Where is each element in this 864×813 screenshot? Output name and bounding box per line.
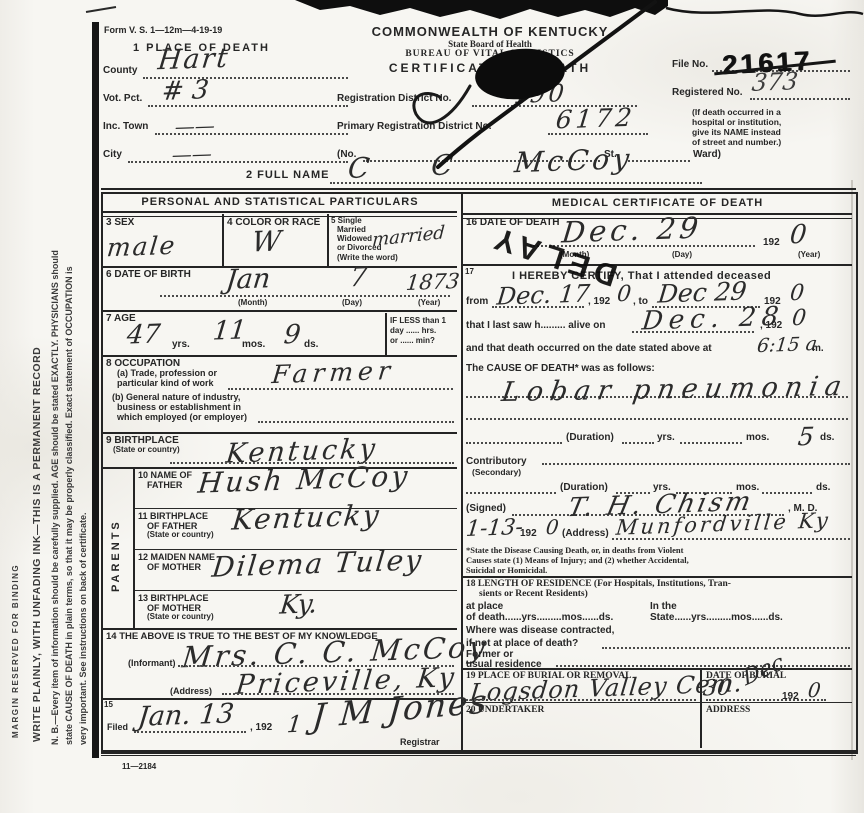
ds-caption: ds. <box>820 433 834 443</box>
sex-value: male <box>106 233 178 261</box>
if-less-line: or ...... min? <box>390 337 435 345</box>
mother-birthplace-value: Ky. <box>279 591 319 618</box>
hospital-note-line: of street and number.) <box>692 137 781 147</box>
registrar-caption: Registrar <box>400 738 440 747</box>
father-birthplace-label: 11 BIRTHPLACE <box>138 512 208 521</box>
birth-day-value: 7 <box>349 264 369 292</box>
burial-day-value: 30 <box>702 677 732 700</box>
father-name-label2: FATHER <box>147 481 182 490</box>
filed-year-digit: 1 <box>286 714 303 738</box>
occupation-a-line: particular kind of work <box>117 379 214 388</box>
parents-group-label: PARENTS <box>111 519 122 592</box>
duration-label: (Duration) <box>566 433 614 443</box>
mother-birthplace-label: 13 BIRTHPLACE <box>138 594 209 603</box>
death-certificate-scan: MARGIN RESERVED FOR BINDING WRITE PLAINL… <box>0 0 864 813</box>
marital-option: Widowed <box>337 235 372 243</box>
dotted-rule <box>762 492 812 494</box>
corner-mark <box>86 7 116 12</box>
ds-caption: ds. <box>304 340 318 350</box>
dotted-rule <box>466 418 848 420</box>
attended-from-value: Dec. 17 <box>496 281 591 308</box>
mos-caption: mos. <box>746 433 769 443</box>
rule <box>463 576 852 578</box>
inc-town-label: Inc. Town <box>103 122 148 132</box>
filed-date-value: Jan. 13 <box>137 700 236 730</box>
dotted-rule <box>602 647 850 649</box>
to-year-digit: 0 <box>789 283 805 306</box>
death-occurred-label: and that death occurred on the date stat… <box>466 344 712 354</box>
day-caption: (Day) <box>672 251 692 259</box>
margin-note-nb-2: state CAUSE OF DEATH in plain terms, so … <box>65 266 74 745</box>
dotted-rule <box>706 699 826 701</box>
sex-label: 3 SEX <box>106 218 134 228</box>
age-days-value: 9 <box>283 322 302 349</box>
informant-label: (Informant) <box>128 659 176 668</box>
title-board: State Board of Health <box>330 40 650 49</box>
registration-district-value: 490 <box>511 81 568 107</box>
death-year-digit: 0 <box>789 222 808 249</box>
marital-option: Married <box>337 226 366 234</box>
color-race-value: W <box>251 227 283 256</box>
contributory-label: Contributory <box>466 457 527 467</box>
duration-days-value: 5 <box>797 424 816 450</box>
printed-192: , 192 <box>588 297 610 307</box>
printed-192: , 192 <box>760 321 782 331</box>
primary-registration-value: 6172 <box>555 105 637 133</box>
filed-label: Filed <box>107 723 128 732</box>
dotted-rule <box>556 665 850 667</box>
dotted-rule <box>160 295 450 297</box>
printed-192: 192 <box>520 529 537 539</box>
rule <box>103 432 457 434</box>
dotted-rule <box>128 161 348 163</box>
rule <box>222 214 224 266</box>
title-commonwealth: COMMONWEALTH OF KENTUCKY <box>330 25 650 38</box>
yrs-caption: yrs. <box>172 340 190 350</box>
occupation-value: Farmer <box>271 358 397 387</box>
father-name-label: 10 NAME OF <box>138 471 192 480</box>
personal-column-title: PERSONAL AND STATISTICAL PARTICULARS <box>101 197 459 208</box>
dotted-rule <box>466 699 696 701</box>
full-name-label: 2 FULL NAME <box>246 170 330 181</box>
year-caption: (Year) <box>418 299 440 307</box>
rule <box>327 214 329 266</box>
ward-label: Ward) <box>693 150 721 160</box>
hospital-note: (If death occurred in a hospital or inst… <box>692 107 858 147</box>
inc-town-value: —— <box>174 115 216 136</box>
dotted-rule <box>542 463 850 465</box>
undertaker-address-label: ADDRESS <box>706 706 750 716</box>
residence-label2: sients or Recent Residents) <box>479 590 588 600</box>
title-bureau: BUREAU OF VITAL STATISTICS <box>330 50 650 60</box>
torn-edge-thin-line <box>666 8 863 16</box>
residence-at-place: at place <box>466 602 503 612</box>
dotted-rule <box>466 492 556 494</box>
if-less-line: IF LESS than 1 <box>390 317 446 325</box>
residence-in-the: In the <box>650 602 677 612</box>
plate-number: 11—2184 <box>122 763 156 771</box>
cause-of-death-value: Lobar pneumonia <box>500 373 850 406</box>
dotted-rule <box>680 442 742 444</box>
dotted-rule <box>228 388 453 390</box>
yrs-caption: yrs. <box>657 433 675 443</box>
margin-note-nb-3: very important. See instructions on back… <box>79 512 88 745</box>
dotted-rule <box>750 98 850 100</box>
binding-bar <box>92 22 99 758</box>
father-birthplace-sub: (State or country) <box>147 531 214 539</box>
death-time-value: 6:15 a <box>756 335 818 356</box>
date-of-birth-label: 6 DATE OF BIRTH <box>106 270 191 280</box>
file-no-label: File No. <box>672 60 708 70</box>
dotted-rule <box>134 731 246 733</box>
residence-of-death: of death......yrs.........mos......ds. <box>466 613 613 623</box>
mother-birthplace-sub: (State or country) <box>147 613 214 621</box>
occupation-b-line: which employed (or employer) <box>117 413 247 422</box>
city-value: —— <box>171 143 213 164</box>
father-name-value: Hush McCoy <box>197 462 412 498</box>
occupation-b-line: business or establishment in <box>117 403 241 412</box>
rule <box>463 702 852 703</box>
m-caption: m. <box>812 344 824 354</box>
dotted-rule <box>622 442 654 444</box>
title-certificate: CERTIFICATE OF DEATH <box>330 62 650 74</box>
rule <box>133 467 135 628</box>
mother-maiden-label2: OF MOTHER <box>147 563 201 572</box>
registration-district-label: Registration District No. <box>337 94 451 104</box>
residence-state: State......yrs.........mos......ds. <box>650 613 783 623</box>
rule <box>103 266 457 268</box>
secondary-label: (Secondary) <box>472 468 521 477</box>
residence-if-not: if not at place of death? <box>466 639 578 649</box>
signed-label: (Signed) <box>466 504 506 514</box>
day-caption: (Day) <box>342 299 362 307</box>
last-saw-label: that I last saw h......... alive on <box>466 321 605 331</box>
footnote-line: *State the Disease Causing Death, or, in… <box>466 546 683 555</box>
mos-caption: mos. <box>242 340 265 350</box>
medical-column-title: MEDICAL CERTIFICATE OF DEATH <box>461 198 854 209</box>
dotted-rule <box>492 306 584 308</box>
father-birthplace-value: Kentucky <box>231 501 382 534</box>
dotted-rule <box>258 421 454 423</box>
filed-section-number: 15 <box>104 701 113 709</box>
dotted-rule <box>612 538 850 540</box>
margin-note-write-plainly: WRITE PLAINLY, WITH UNFADING INK—THIS IS… <box>32 347 43 742</box>
date-of-death-value: Dec. 29 <box>561 213 704 247</box>
city-label: City <box>103 150 122 160</box>
certify-section-number: 17 <box>465 268 474 276</box>
pen-stroke-loop <box>414 86 470 123</box>
birthplace-sub-label: (State or country) <box>113 446 180 454</box>
dotted-rule <box>466 442 562 444</box>
mother-maiden-value: Dilema Tuley <box>211 546 425 581</box>
footnote-line: Causes state (1) Means of Injury; and (2… <box>466 556 689 565</box>
county-value: Hart <box>157 45 231 75</box>
informant-address-label: (Address) <box>170 687 212 696</box>
registered-no-label: Registered No. <box>672 88 743 98</box>
voting-precinct-value: # 3 <box>161 77 210 105</box>
voting-precinct-label: Vot. Pct. <box>103 94 142 104</box>
last-saw-year-digit: 0 <box>791 308 807 331</box>
birth-month-value: Jan <box>225 265 272 294</box>
month-caption: (Month) <box>238 299 267 307</box>
margin-note-binding: MARGIN RESERVED FOR BINDING <box>12 564 20 738</box>
rule <box>463 668 852 670</box>
rule <box>101 750 856 756</box>
hospital-note-line: hospital or institution, <box>692 117 781 127</box>
rule <box>103 310 457 312</box>
footnote-line: Suicidal or Homicidal. <box>466 566 547 575</box>
signed-date-value: 1-13- <box>465 517 524 541</box>
rule <box>103 355 457 357</box>
ds-caption: ds. <box>816 483 830 493</box>
dotted-rule <box>628 160 690 162</box>
signed-year-digit: 0 <box>545 517 560 538</box>
from-label: from <box>466 297 488 307</box>
printed-192: 192 <box>763 238 780 248</box>
from-year-digit: 0 <box>616 284 632 307</box>
county-label: County <box>103 66 137 76</box>
dotted-rule <box>632 331 754 333</box>
signed-address-label: (Address) <box>562 529 609 539</box>
marital-option: 5 Single <box>331 217 362 225</box>
primary-registration-label: Primary Registration District No. <box>337 122 491 132</box>
hospital-note-line: (If death occurred in a <box>692 107 781 117</box>
undertaker-label: 20 UNDERTAKER <box>466 706 544 716</box>
margin-note-nb-1: N. B.—Every item of information should b… <box>51 250 60 745</box>
residence-where-contracted: Where was disease contracted, <box>466 626 614 636</box>
burial-year-digit: 0 <box>807 680 822 701</box>
mother-maiden-label: 12 MAIDEN NAME <box>138 553 215 562</box>
occupation-a-line: (a) Trade, profession or <box>117 369 217 378</box>
if-less-line: day ...... hrs. <box>390 327 436 335</box>
form-number: Form V. S. 1—12m—4-19-19 <box>104 26 222 35</box>
rule <box>385 313 387 355</box>
year-caption: (Year) <box>798 251 820 259</box>
full-name-value: C C McCoy <box>347 145 635 183</box>
cause-of-death-label: The CAUSE OF DEATH* was as follows: <box>466 364 655 374</box>
rule <box>103 628 457 630</box>
filed-192: , 192 <box>250 723 272 733</box>
torn-edge-shape <box>295 0 668 19</box>
hospital-note-line: give its NAME instead <box>692 127 781 137</box>
age-years-value: 47 <box>126 321 162 348</box>
occupation-b-line: (b) General nature of industry, <box>112 393 240 402</box>
birth-year-value: 1873 <box>405 271 461 294</box>
